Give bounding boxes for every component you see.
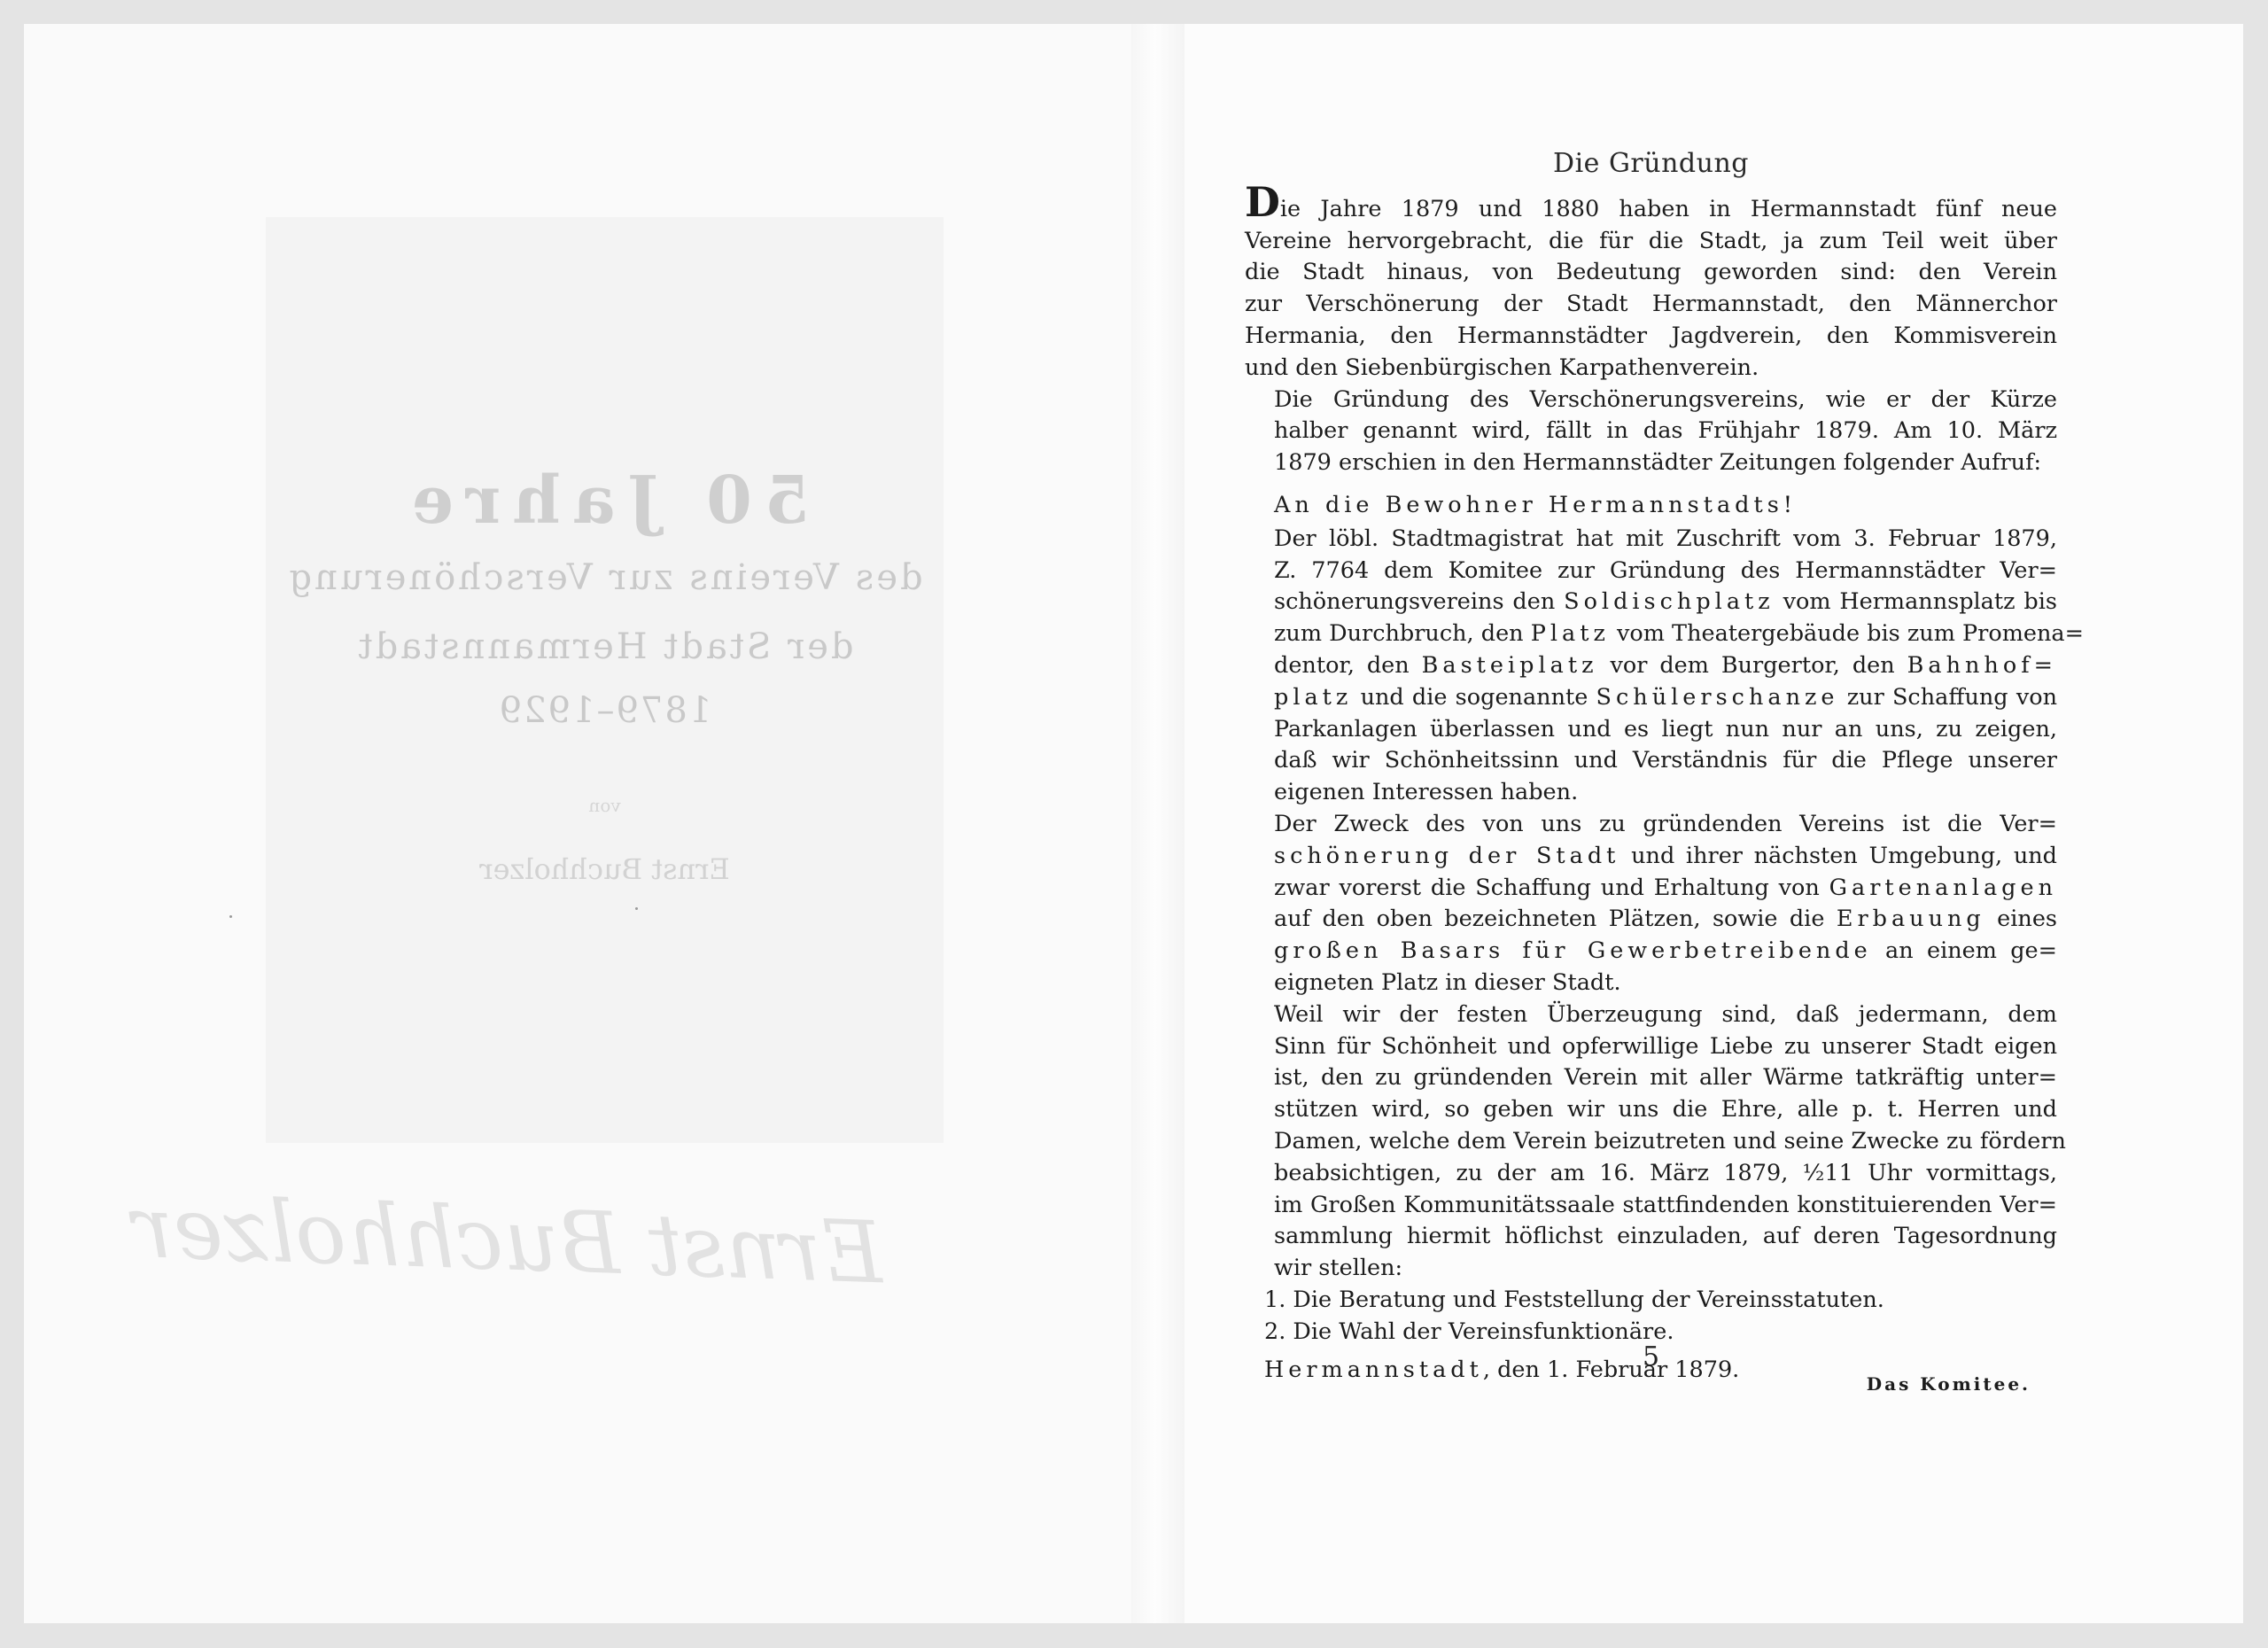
emphasized-word: Schülerschanze (1596, 684, 1839, 711)
text-line: im Großen Kommunitätssaale stattfindende… (1245, 1190, 2057, 1222)
text-line: platz und die sogenannte Schülerschanze … (1245, 682, 2057, 714)
paragraph-founding: Die Gründung des Verschönerungsvereins, … (1245, 385, 2057, 479)
bleed-through-years: 1879–1929 (266, 690, 944, 731)
text-line: Z. 7764 dem Komitee zur Gründung des Her… (1245, 556, 2057, 587)
right-page: Die Gründung Die Jahre 1879 und 1880 hab… (1184, 24, 2243, 1623)
bleed-through-subtitle-2: der Stadt Hermannstadt (266, 626, 944, 667)
bleed-through-by: von (266, 795, 944, 816)
text-line: Der löbl. Stadtmagistrat hat mit Zuschri… (1245, 524, 2057, 556)
text-line: Die Gründung des Verschönerungsvereins, … (1245, 385, 2057, 416)
emphasized-word: Gartenanlagen (1829, 875, 2057, 901)
text-line: auf den oben bezeichneten Plätzen, sowie… (1245, 904, 2057, 936)
text-line: wir stellen: (1245, 1253, 2057, 1285)
signatory: Das Komitee. (1867, 1369, 2031, 1401)
text-line: sammlung hiermit höflichst einzuladen, a… (1245, 1221, 2057, 1253)
emphasized-word: Platz (1531, 620, 1610, 647)
page-number: 5 (1245, 1341, 2057, 1373)
appeal-paragraph-2: Der Zweck des von uns zu gründenden Vere… (1245, 809, 2057, 999)
appeal-paragraph-3: Weil wir der festen Überzeugung sind, da… (1245, 999, 2057, 1285)
text-line: schönerung der Stadt und ihrer nächsten … (1245, 841, 2057, 873)
emphasized-word: Bahnhof= (1907, 652, 2057, 679)
chapter-heading: Die Gründung (1245, 148, 2057, 180)
text-line: schönerungsvereins den Soldischplatz vom… (1245, 587, 2057, 618)
text-line: zur Verschönerung der Stadt Hermannstadt… (1245, 289, 2057, 321)
dust-speck (229, 915, 232, 918)
emphasized-word: Erbauung (1837, 906, 1985, 932)
text-line: Vereine hervorgebracht, die für die Stad… (1245, 226, 2057, 258)
emphasized-word: schönerung der Stadt (1274, 843, 1619, 869)
text-line: Weil wir der festen Überzeugung sind, da… (1245, 999, 2057, 1031)
text-line: beabsichtigen, zu der am 16. März 1879, … (1245, 1158, 2057, 1190)
bleed-through-title: 50 Jahre (266, 463, 944, 539)
text-line: 1879 erschien in den Hermannstädter Zeit… (1245, 447, 2057, 479)
text-line: Hermania, den Hermannstädter Jagdverein,… (1245, 321, 2057, 353)
text-line: Damen, welche dem Verein beizutreten und… (1245, 1126, 2057, 1158)
left-page: 50 Jahre des Vereins zur Verschönerung d… (24, 24, 1131, 1623)
text-line: großen Basars für Gewerbetreibende an ei… (1245, 936, 2057, 968)
emphasized-word: platz (1274, 684, 1352, 711)
paragraph-intro: Die Jahre 1879 und 1880 haben in Hermann… (1245, 189, 2057, 385)
text-column: Die Gründung Die Jahre 1879 und 1880 hab… (1245, 148, 2057, 1394)
book-scan: 50 Jahre des Vereins zur Verschönerung d… (24, 24, 2243, 1623)
text-line: daß wir Schönheitssinn und Verständnis f… (1245, 745, 2057, 777)
appeal-title: An die Bewohner Hermannstadts! (1274, 490, 2057, 522)
text-line: zum Durchbruch, den Platz vom Theatergeb… (1245, 618, 2057, 650)
emphasized-word: Basteiplatz (1422, 652, 1598, 679)
text-line: und den Siebenbürgischen Karpathenverein… (1245, 353, 2057, 385)
appeal-paragraph-1: Der löbl. Stadtmagistrat hat mit Zuschri… (1245, 524, 2057, 809)
book-gutter (1131, 24, 1184, 1623)
text-line: Der Zweck des von uns zu gründenden Vere… (1245, 809, 2057, 841)
bleed-through-subtitle-1: des Vereins zur Verschönerung (266, 557, 944, 598)
text-line: halber genannt wird, fällt in das Frühja… (1245, 416, 2057, 447)
text-line: dentor, den Basteiplatz vor dem Burgerto… (1245, 650, 2057, 682)
text-line: ist, den zu gründenden Verein mit aller … (1245, 1062, 2057, 1094)
text-line: Parkanlagen überlassen und es liegt nun … (1245, 714, 2057, 746)
bleed-through-frame (266, 217, 944, 1143)
dust-speck (635, 907, 638, 910)
text-line: stützen wird, so geben wir uns die Ehre,… (1245, 1094, 2057, 1126)
text-line: Die Jahre 1879 und 1880 haben in Hermann… (1245, 189, 2057, 226)
text-line: die Stadt hinaus, von Bedeutung geworden… (1245, 257, 2057, 289)
bleed-through-signature: Ernst Buchholzer (306, 1184, 885, 1303)
text-line: eigneten Platz in dieser Stadt. (1245, 968, 2057, 999)
agenda-item-1: 1. Die Beratung und Feststellung der Ver… (1264, 1285, 2057, 1317)
text-line: eigenen Interessen haben. (1245, 777, 2057, 809)
text-line: Sinn für Schönheit und opferwillige Lieb… (1245, 1031, 2057, 1063)
emphasized-word: Soldischplatz (1564, 588, 1775, 615)
bleed-through-author: Ernst Buchholzer (266, 852, 944, 886)
emphasized-word: großen Basars für Gewerbetreibende (1274, 937, 1872, 964)
text-line: zwar vorerst die Schaffung und Erhaltung… (1245, 873, 2057, 905)
